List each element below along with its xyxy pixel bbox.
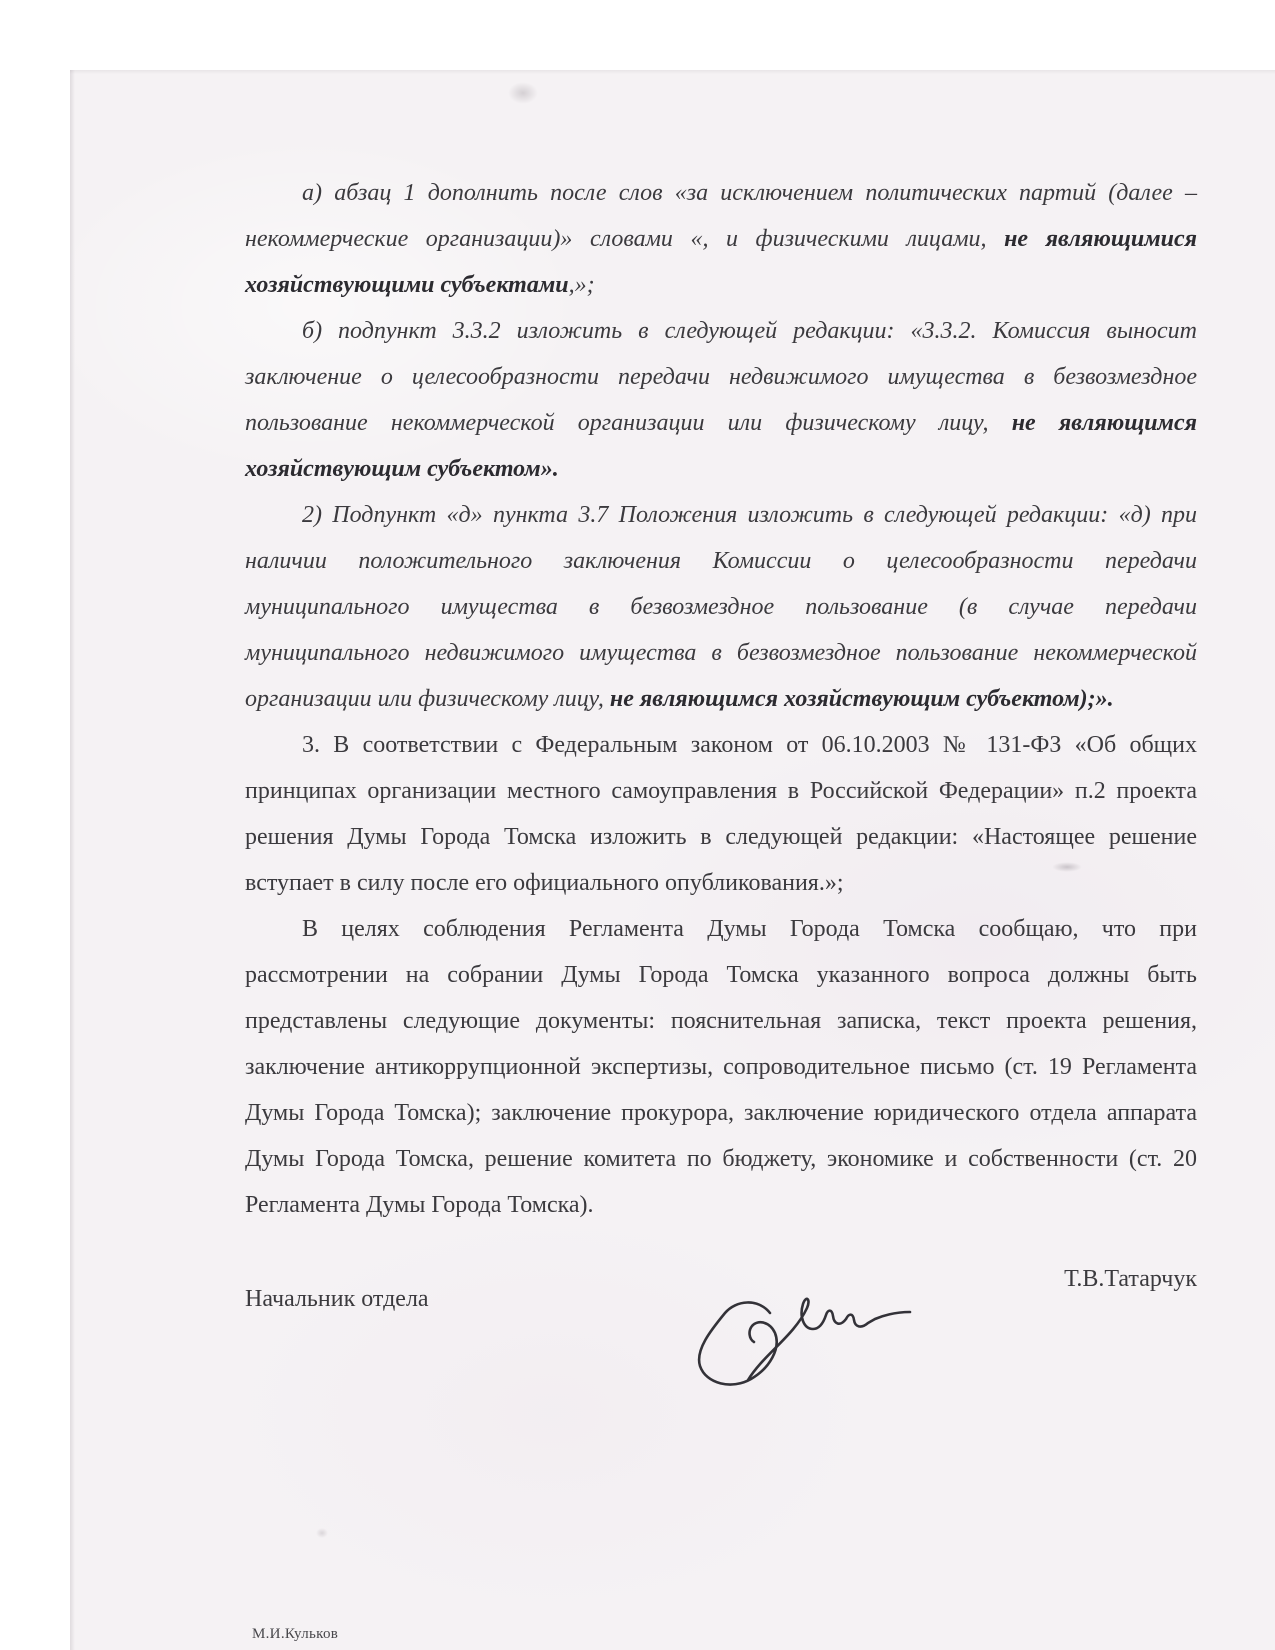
text-segment: ,»; (569, 272, 595, 298)
document-line: заключение о целесообразности передачи н… (245, 354, 1197, 400)
bold-text-segment: хозяйствующими субъектами (245, 272, 569, 298)
scanned-letter-page: { "page": { "background_color": "#f5f2f4… (0, 0, 1275, 1650)
text-segment: а) абзац 1 дополнить после слов «за искл… (302, 180, 1197, 206)
document-line: 2) Подпункт «д» пункта 3.7 Положения изл… (245, 492, 1197, 538)
document-line: хозяйствующим субъектом». (245, 446, 1197, 492)
document-line: организации или физическому лицу, не явл… (245, 676, 1197, 722)
executor-name: М.И.Кульков (252, 1626, 338, 1643)
text-segment: некоммерческие организации)» словами «, … (245, 226, 1004, 252)
document-line: некоммерческие организации)» словами «, … (245, 216, 1197, 262)
text-segment: Думы Города Томска, решение комитета по … (245, 1146, 1197, 1172)
document-body: а) абзац 1 дополнить после слов «за искл… (245, 170, 1197, 1228)
text-segment: рассмотрении на собрании Думы Города Том… (245, 962, 1197, 988)
document-line: принципах организации местного самоуправ… (245, 768, 1197, 814)
document-line: муниципального недвижимого имущества в б… (245, 630, 1197, 676)
text-segment: решения Думы Города Томска изложить в сл… (245, 824, 1197, 850)
handwritten-signature-icon (618, 1238, 918, 1398)
document-line: наличии положительного заключения Комисс… (245, 538, 1197, 584)
text-segment: 2) Подпункт «д» пункта 3.7 Положения изл… (302, 502, 1197, 528)
scan-smudge (508, 82, 538, 104)
text-segment: б) подпункт 3.3.2 изложить в следующей р… (302, 318, 1197, 344)
document-line: пользование некоммерческой организации и… (245, 400, 1197, 446)
text-segment: наличии положительного заключения Комисс… (245, 548, 1197, 574)
scanned-page: а) абзац 1 дополнить после слов «за искл… (70, 70, 1275, 1650)
text-segment: заключение антикоррупционной экспертизы,… (245, 1054, 1197, 1080)
bold-text-segment: не являющимся хозяйствующим субъектом);»… (610, 686, 1114, 712)
signoff-name: Т.В.Татарчук (1064, 1266, 1197, 1293)
document-line: представлены следующие документы: поясни… (245, 998, 1197, 1044)
document-line: заключение антикоррупционной экспертизы,… (245, 1044, 1197, 1090)
text-segment: 3. В соответствии с Федеральным законом … (302, 732, 1197, 758)
bold-text-segment: хозяйствующим субъектом». (245, 456, 559, 482)
text-segment: заключение о целесообразности передачи н… (245, 364, 1197, 390)
document-line: хозяйствующими субъектами,»; (245, 262, 1197, 308)
document-line: Регламента Думы Города Томска). (245, 1182, 1197, 1228)
document-line: муниципального имущества в безвозмездное… (245, 584, 1197, 630)
document-line: решения Думы Города Томска изложить в сл… (245, 814, 1197, 860)
bold-text-segment: не являющимися (1004, 226, 1197, 252)
document-line: Думы Города Томска); заключение прокурор… (245, 1090, 1197, 1136)
text-segment: пользование некоммерческой организации и… (245, 410, 1012, 436)
document-line: 3. В соответствии с Федеральным законом … (245, 722, 1197, 768)
scan-smudge (316, 1528, 328, 1538)
signoff-role-label: Начальник отдела (245, 1286, 429, 1313)
text-segment: Думы Города Томска); заключение прокурор… (245, 1100, 1197, 1126)
text-segment: В целях соблюдения Регламента Думы Город… (302, 916, 1197, 942)
text-segment: организации или физическому лицу, (245, 686, 610, 712)
document-line: рассмотрении на собрании Думы Города Том… (245, 952, 1197, 998)
document-line: б) подпункт 3.3.2 изложить в следующей р… (245, 308, 1197, 354)
text-segment: вступает в силу после его официального о… (245, 870, 844, 896)
text-segment: представлены следующие документы: поясни… (245, 1008, 1197, 1034)
document-line: Думы Города Томска, решение комитета по … (245, 1136, 1197, 1182)
text-segment: муниципального имущества в безвозмездное… (245, 594, 1197, 620)
document-line: а) абзац 1 дополнить после слов «за искл… (245, 170, 1197, 216)
document-line: вступает в силу после его официального о… (245, 860, 1197, 906)
text-segment: Регламента Думы Города Томска). (245, 1192, 594, 1218)
bold-text-segment: не являющимся (1012, 410, 1197, 436)
text-segment: принципах организации местного самоуправ… (245, 778, 1197, 804)
text-segment: муниципального недвижимого имущества в б… (245, 640, 1197, 666)
document-line: В целях соблюдения Регламента Думы Город… (245, 906, 1197, 952)
